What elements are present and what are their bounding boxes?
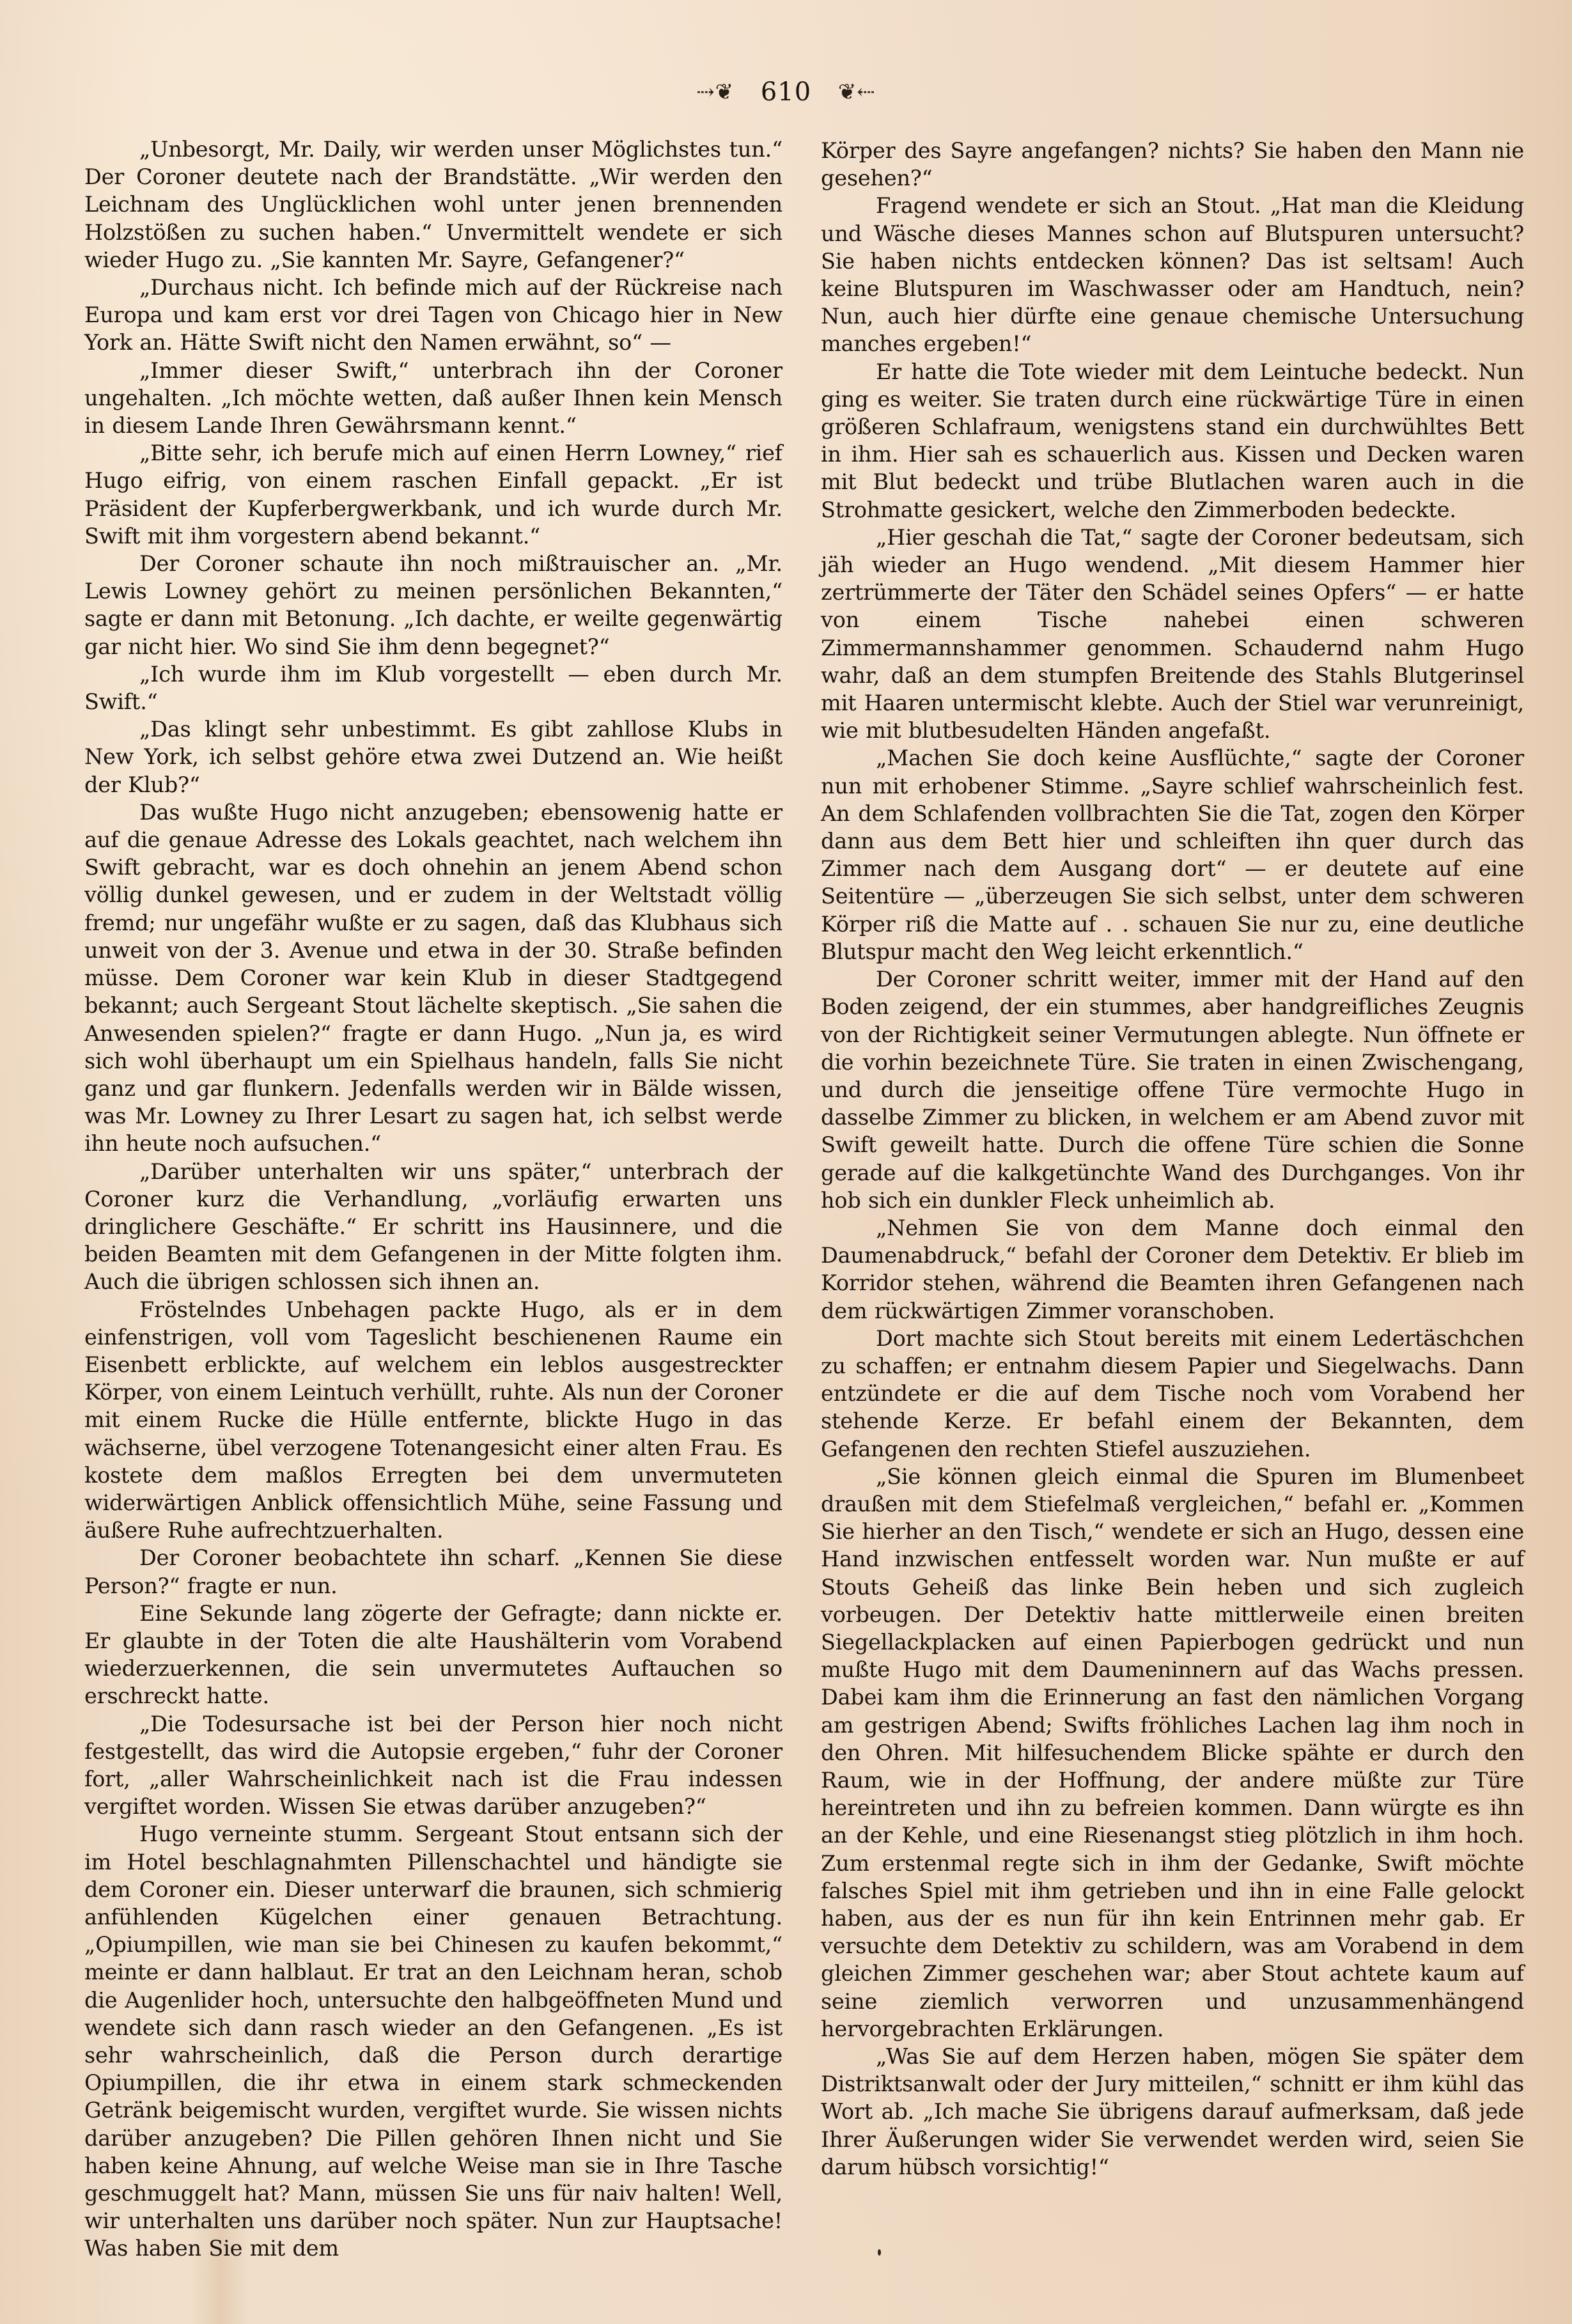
left-column: „Unbesorgt, Mr. Daily, wir werden unser … xyxy=(84,136,782,2263)
paragraph: Der Coroner beobachtete ihn scharf. „Ken… xyxy=(84,1544,782,1599)
paragraph: „Das klingt sehr unbestimmt. Es gibt zah… xyxy=(84,715,782,799)
right-column: Körper des Sayre angefangen? nichts? Sie… xyxy=(821,137,1524,2181)
paragraph: Fragend wendete er sich an Stout. „Hat m… xyxy=(821,192,1524,357)
paragraph: Der Coroner schaute ihn noch mißtrauisch… xyxy=(84,550,782,660)
ink-speck xyxy=(878,2249,881,2256)
paragraph: „Bitte sehr, ich berufe mich auf einen H… xyxy=(84,439,782,550)
paragraph: Dort machte sich Stout bereits mit einem… xyxy=(821,1325,1524,1463)
ornament-right-icon: ❦⇠ xyxy=(838,79,876,105)
paragraph: Er hatte die Tote wieder mit dem Leintuc… xyxy=(821,358,1524,524)
paragraph: „Machen Sie doch keine Ausflüchte,“ sagt… xyxy=(821,744,1524,965)
paragraph: „Sie können gleich einmal die Spuren im … xyxy=(821,1463,1524,2043)
paragraph: Eine Sekunde lang zögerte der Gefragte; … xyxy=(84,1600,782,1710)
paragraph: „Hier geschah die Tat,“ sagte der Corone… xyxy=(821,524,1524,745)
paragraph: „Immer dieser Swift,“ unterbrach ihn der… xyxy=(84,357,782,440)
paragraph: Hugo verneinte stumm. Sergeant Stout ent… xyxy=(84,1820,782,2262)
paragraph: „Nehmen Sie von dem Manne doch einmal de… xyxy=(821,1214,1524,1325)
paragraph: „Die Todesursache ist bei der Person hie… xyxy=(84,1710,782,1821)
page-header: ⇢❦ 610 ❦⇠ xyxy=(0,75,1572,107)
page-number: 610 xyxy=(761,77,811,107)
paragraph: Das wußte Hugo nicht anzugeben; ebensowe… xyxy=(84,799,782,1158)
paragraph: „Darüber unterhalten wir uns später,“ un… xyxy=(84,1158,782,1296)
paragraph: „Durchaus nicht. Ich befinde mich auf de… xyxy=(84,274,782,357)
ornament-left-icon: ⇢❦ xyxy=(696,79,734,105)
paragraph: „Unbesorgt, Mr. Daily, wir werden unser … xyxy=(84,136,782,274)
paragraph: „Ich wurde ihm im Klub vorgestellt — ebe… xyxy=(84,660,782,715)
paragraph: Fröstelndes Unbehagen packte Hugo, als e… xyxy=(84,1296,782,1545)
paragraph: Der Coroner schritt weiter, immer mit de… xyxy=(821,965,1524,1214)
paragraph-continued: Körper des Sayre angefangen? nichts? Sie… xyxy=(821,137,1524,192)
paragraph: „Was Sie auf dem Herzen haben, mögen Sie… xyxy=(821,2043,1524,2181)
